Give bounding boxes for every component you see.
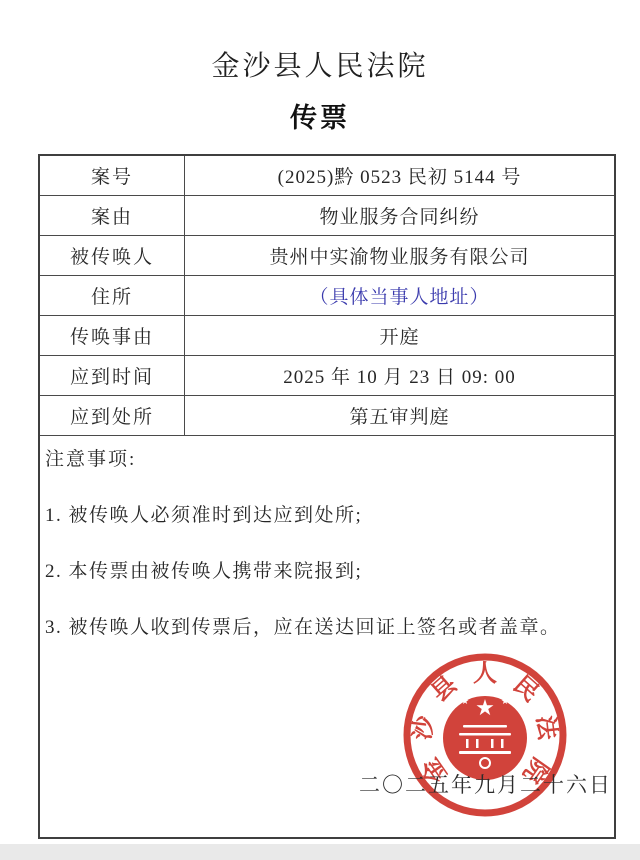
big-star-icon: ★ [475, 695, 495, 720]
table-row-summoned-person: 被传唤人 贵州中实渝物业服务有限公司 [40, 236, 614, 276]
row-label: 应到时间 [40, 356, 185, 395]
court-name-title: 金沙县人民法院 [0, 44, 640, 84]
small-star-icon: ★ [461, 696, 469, 706]
row-value-address: （具体当事人地址） [185, 276, 614, 315]
seal-char: 沙 [409, 713, 439, 741]
seal-char: 人 [473, 660, 497, 687]
row-label: 应到处所 [40, 396, 185, 435]
row-value: (2025)黔 0523 民初 5144 号 [185, 156, 614, 195]
document-title: 传票 [0, 96, 640, 135]
row-value: 物业服务合同纠纷 [185, 196, 614, 235]
row-label: 案由 [40, 196, 185, 235]
table-row-appear-time: 应到时间 2025 年 10 月 23 日 09: 00 [40, 356, 614, 396]
note-item-3: 3. 被传唤人收到传票后，应在送达回证上签名或者盖章。 [45, 615, 608, 641]
row-value: 第五审判庭 [185, 396, 614, 435]
row-label: 传唤事由 [40, 316, 185, 355]
issue-date: 二〇二五年九月二十六日 [359, 769, 612, 799]
small-star-icon: ★ [490, 688, 498, 698]
seal-char: 法 [531, 714, 561, 742]
row-value: 2025 年 10 月 23 日 09: 00 [185, 356, 614, 395]
small-star-icon: ★ [472, 688, 480, 698]
note-item-1: 1. 被传唤人必须准时到达应到处所; [45, 503, 608, 529]
summons-document-page: { "header": { "court_name": "金沙县人民法院", "… [0, 0, 640, 860]
national-emblem-icon: ★ ★ ★ ★ ★ [443, 688, 527, 780]
photo-background-strip [0, 844, 640, 860]
notes-section: 注意事项: 1. 被传唤人必须准时到达应到处所; 2. 本传票由被传唤人携带来院… [40, 436, 614, 641]
row-value: 开庭 [185, 316, 614, 355]
row-label: 住所 [40, 276, 185, 315]
table-row-cause: 案由 物业服务合同纠纷 [40, 196, 614, 236]
table-row-address: 住所 （具体当事人地址） [40, 276, 614, 316]
note-item-2: 2. 本传票由被传唤人携带来院报到; [45, 559, 608, 585]
small-star-icon: ★ [501, 696, 509, 706]
notes-heading: 注意事项: [45, 447, 608, 473]
table-row-case-number: 案号 (2025)黔 0523 民初 5144 号 [40, 156, 614, 196]
row-label: 案号 [40, 156, 185, 195]
table-row-appear-place: 应到处所 第五审判庭 [40, 396, 614, 436]
row-label: 被传唤人 [40, 236, 185, 275]
row-value: 贵州中实渝物业服务有限公司 [185, 236, 614, 275]
table-row-summons-reason: 传唤事由 开庭 [40, 316, 614, 356]
